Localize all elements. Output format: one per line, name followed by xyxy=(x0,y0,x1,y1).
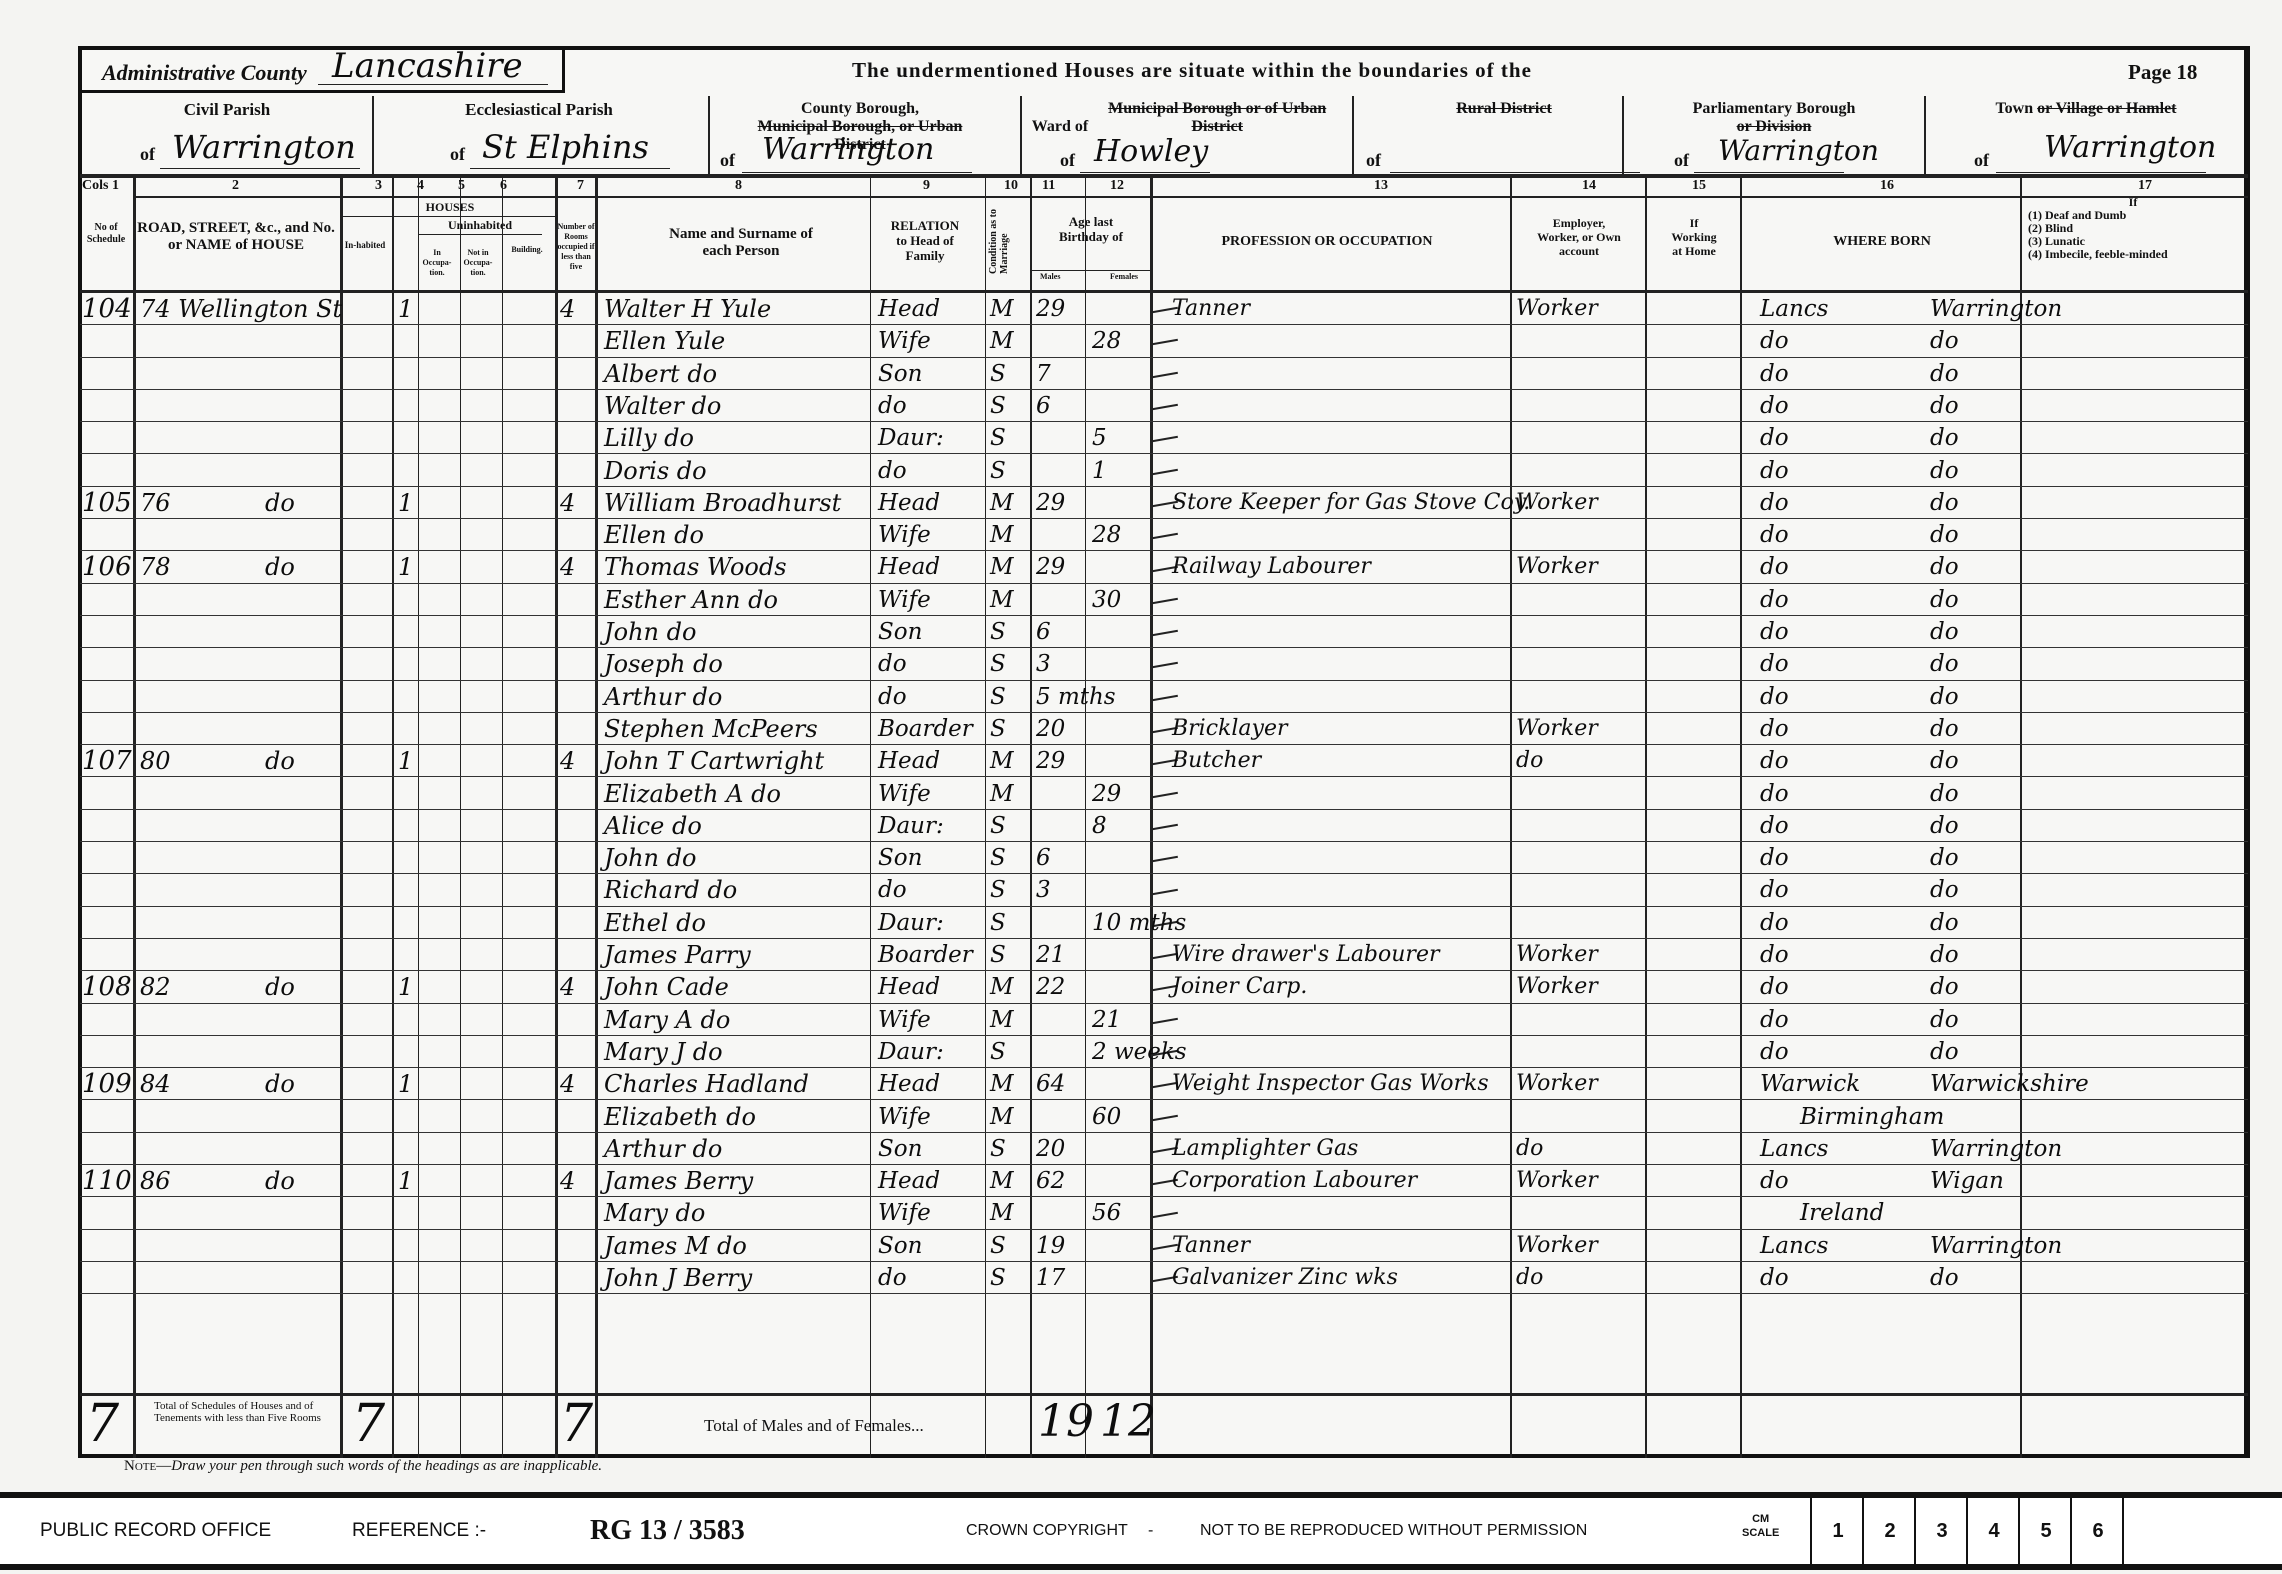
birthplace-town: do xyxy=(1930,874,1959,906)
marital-condition: M xyxy=(990,1165,1014,1197)
birthplace-town: do xyxy=(1930,422,1959,454)
inhabited-count: 1 xyxy=(398,551,413,583)
person-name: Stephen McPeers xyxy=(604,713,818,745)
rooms-count: 4 xyxy=(560,551,575,583)
table-row: 11086do14James BerryHeadM62Corporation L… xyxy=(0,1165,2282,1197)
footer-reference-label: REFERENCE :- xyxy=(352,1498,486,1564)
table-row: James M doSonS19TannerWorkerLancsWarring… xyxy=(0,1230,2282,1262)
person-name: Elizabeth do xyxy=(604,1101,756,1133)
inhabited-count: 1 xyxy=(398,293,413,325)
table-row: John J BerrydoS17Galvanizer Zinc wksdodo… xyxy=(0,1262,2282,1294)
male-age: 20 xyxy=(1036,713,1065,745)
relation: Head xyxy=(878,1165,940,1197)
occupation: Store Keeper for Gas Stove Coy. xyxy=(1172,487,1530,519)
rooms-count: 4 xyxy=(560,487,575,519)
employment-status: Worker xyxy=(1516,971,1598,1003)
female-age: 30 xyxy=(1092,584,1121,616)
person-name: Esther Ann do xyxy=(604,584,778,616)
birthplace-town: do xyxy=(1930,455,1959,487)
occupation-tick-mark xyxy=(1152,791,1178,797)
male-age: 3 xyxy=(1036,874,1051,906)
birthplace-town: do xyxy=(1930,842,1959,874)
county-borough-value: Warrington xyxy=(762,132,934,167)
relation: Head xyxy=(878,293,940,325)
relation: Wife xyxy=(878,325,931,357)
scale-box-4: 4 xyxy=(1966,1498,2020,1564)
rooms-count: 4 xyxy=(560,745,575,777)
census-table-body: 10474 Wellington St14Walter H YuleHeadM2… xyxy=(0,293,2282,1393)
birthplace-county: do xyxy=(1760,519,1789,551)
relation: Daur: xyxy=(878,1036,944,1068)
division-parliamentary-borough: Parliamentary Borough or Division of War… xyxy=(1624,96,1924,176)
occupation-tick-mark xyxy=(1152,1211,1178,1217)
address: 76 xyxy=(140,487,171,519)
person-name: Doris do xyxy=(604,455,707,487)
relation: Wife xyxy=(878,1101,931,1133)
birthplace-county: do xyxy=(1760,907,1789,939)
relation: Head xyxy=(878,1068,940,1100)
marital-condition: S xyxy=(990,1036,1006,1068)
birthplace-town: do xyxy=(1930,487,1959,519)
male-age: 3 xyxy=(1036,648,1051,680)
female-age: 8 xyxy=(1092,810,1107,842)
marital-condition: M xyxy=(990,778,1014,810)
marital-condition: S xyxy=(990,810,1006,842)
male-age: 62 xyxy=(1036,1165,1065,1197)
col-schedule-header: No of Schedule xyxy=(80,222,132,246)
person-name: James Parry xyxy=(604,939,751,971)
relation: Head xyxy=(878,551,940,583)
inhabited-count: 1 xyxy=(398,1165,413,1197)
relation: Head xyxy=(878,487,940,519)
person-name: James Berry xyxy=(604,1165,753,1197)
birthplace-town: do xyxy=(1930,713,1959,745)
male-age: 6 xyxy=(1036,616,1051,648)
relation: do xyxy=(878,874,907,906)
division-ward: Ward of Municipal Borough or of Urban Di… xyxy=(1022,96,1352,176)
table-row: Mary J doDaur:S2 weeksdodo xyxy=(0,1036,2282,1068)
table-row: Mary doWifeM56Ireland xyxy=(0,1197,2282,1229)
relation: Head xyxy=(878,745,940,777)
birthplace-county: do xyxy=(1760,422,1789,454)
relation: Son xyxy=(878,616,922,648)
birthplace-county: do xyxy=(1760,455,1789,487)
occupation: Corporation Labourer xyxy=(1172,1165,1417,1197)
occupation-tick-mark xyxy=(1152,404,1178,410)
ward-value: Howley xyxy=(1094,134,1208,169)
birthplace-town: do xyxy=(1930,358,1959,390)
occupation: Railway Labourer xyxy=(1172,551,1371,583)
address-ditto: do xyxy=(265,487,295,519)
birthplace-county: do xyxy=(1760,810,1789,842)
table-row: Alice doDaur:S8dodo xyxy=(0,810,2282,842)
address-ditto: do xyxy=(265,971,295,1003)
birthplace-county: do xyxy=(1760,1004,1789,1036)
person-name: Ellen do xyxy=(604,519,704,551)
total-males: 19 xyxy=(1038,1396,1094,1447)
person-name: Mary do xyxy=(604,1197,705,1229)
birthplace-county: Lancs xyxy=(1760,1133,1828,1165)
birthplace-town: do xyxy=(1930,1036,1959,1068)
parliamentary-borough-value: Warrington xyxy=(1718,134,1879,167)
schedule-number: 108 xyxy=(82,971,132,1003)
person-name: Mary A do xyxy=(604,1004,730,1036)
occupation: Tanner xyxy=(1172,1230,1250,1262)
birthplace-town: Warrington xyxy=(1930,1230,2062,1262)
civil-parish-value: Warrington xyxy=(172,128,356,166)
female-age: 10 mths xyxy=(1092,907,1186,939)
employment-status: Worker xyxy=(1516,1068,1598,1100)
address: 74 Wellington St xyxy=(140,293,342,325)
schedule-number: 110 xyxy=(82,1165,132,1197)
birthplace-town: Warrington xyxy=(1930,293,2062,325)
inhabited-count: 1 xyxy=(398,971,413,1003)
table-row: 10984do14Charles HadlandHeadM64Weight In… xyxy=(0,1068,2282,1100)
address: 82 xyxy=(140,971,171,1003)
birthplace-town: do xyxy=(1930,390,1959,422)
person-name: Lilly do xyxy=(604,422,694,454)
relation: Son xyxy=(878,1230,922,1262)
marital-condition: M xyxy=(990,551,1014,583)
birthplace-county: do xyxy=(1760,971,1789,1003)
table-row: 10474 Wellington St14Walter H YuleHeadM2… xyxy=(0,293,2282,325)
scale-box-3: 3 xyxy=(1914,1498,1968,1564)
table-row: Arthur doSonS20Lamplighter GasdoLancsWar… xyxy=(0,1133,2282,1165)
birthplace-county: do xyxy=(1760,584,1789,616)
rooms-count: 4 xyxy=(560,1068,575,1100)
person-name: John T Cartwright xyxy=(604,745,824,777)
relation: Wife xyxy=(878,778,931,810)
table-row: 10780do14John T CartwrightHeadM29Butcher… xyxy=(0,745,2282,777)
address-ditto: do xyxy=(265,1165,295,1197)
female-age: 56 xyxy=(1092,1197,1121,1229)
marital-condition: M xyxy=(990,1068,1014,1100)
birthplace-county: Lancs xyxy=(1760,1230,1828,1262)
person-name: Elizabeth A do xyxy=(604,778,781,810)
table-row: 10882do14John CadeHeadM22Joiner Carp.Wor… xyxy=(0,971,2282,1003)
total-rooms: 7 xyxy=(560,1394,593,1454)
address: 84 xyxy=(140,1068,171,1100)
male-age: 29 xyxy=(1036,293,1065,325)
scale-box-2: 2 xyxy=(1862,1498,1916,1564)
person-name: Ellen Yule xyxy=(604,325,725,357)
marital-condition: S xyxy=(990,713,1006,745)
birthplace-county: do xyxy=(1760,390,1789,422)
relation: do xyxy=(878,681,907,713)
marital-condition: S xyxy=(990,390,1006,422)
inhabited-count: 1 xyxy=(398,487,413,519)
marital-condition: S xyxy=(990,907,1006,939)
table-row: Albert doSonS7dodo xyxy=(0,358,2282,390)
ecclesiastical-parish-value: St Elphins xyxy=(482,128,649,166)
relation: Head xyxy=(878,971,940,1003)
marital-condition: S xyxy=(990,455,1006,487)
scale-box-end xyxy=(2122,1498,2184,1564)
town-value: Warrington xyxy=(2044,130,2216,165)
table-row: Richard dodoS3dodo xyxy=(0,874,2282,906)
total-persons-label: Total of Males and of Females... xyxy=(704,1416,924,1436)
birthplace-county: Lancs xyxy=(1760,293,1828,325)
person-name: Joseph do xyxy=(604,648,723,680)
total-schedules: 7 xyxy=(86,1394,119,1454)
relation: Daur: xyxy=(878,907,944,939)
occupation: Tanner xyxy=(1172,293,1250,325)
marital-condition: S xyxy=(990,842,1006,874)
marital-condition: S xyxy=(990,681,1006,713)
birthplace-town: do xyxy=(1930,648,1959,680)
relation: Son xyxy=(878,1133,922,1165)
rooms-count: 4 xyxy=(560,971,575,1003)
total-inhabited: 7 xyxy=(352,1394,385,1454)
marital-condition: S xyxy=(990,616,1006,648)
relation: Son xyxy=(878,358,922,390)
rooms-count: 4 xyxy=(560,293,575,325)
employment-status: do xyxy=(1516,745,1543,777)
schedule-number: 107 xyxy=(82,745,132,777)
birthplace-town: do xyxy=(1930,745,1959,777)
birthplace-county: do xyxy=(1760,778,1789,810)
occupation: Lamplighter Gas xyxy=(1172,1133,1358,1165)
marital-condition: M xyxy=(990,1101,1014,1133)
occupation-tick-mark xyxy=(1152,630,1178,636)
person-name: Richard do xyxy=(604,874,737,906)
total-schedules-label: Total of Schedules of Houses and of Tene… xyxy=(140,1400,330,1424)
marital-condition: S xyxy=(990,648,1006,680)
birthplace-county: do xyxy=(1760,616,1789,648)
birthplace-county: do xyxy=(1760,745,1789,777)
female-age: 2 weeks xyxy=(1092,1036,1187,1068)
col-condition-header: Condition as to Marriage xyxy=(988,204,1010,274)
male-age: 29 xyxy=(1036,487,1065,519)
birthplace-county: do xyxy=(1760,842,1789,874)
scale-box-5: 5 xyxy=(2018,1498,2072,1564)
person-name: John Cade xyxy=(604,971,729,1003)
birthplace-county: do xyxy=(1760,1165,1789,1197)
birthplace-county: do xyxy=(1760,648,1789,680)
birthplace-town: do xyxy=(1930,810,1959,842)
male-age: 5 mths xyxy=(1036,681,1116,713)
archive-footer: PUBLIC RECORD OFFICE REFERENCE :- RG 13 … xyxy=(0,1492,2282,1570)
address: 86 xyxy=(140,1165,171,1197)
total-females: 12 xyxy=(1100,1396,1156,1447)
table-row: Elizabeth A doWifeM29dodo xyxy=(0,778,2282,810)
marital-condition: S xyxy=(990,1230,1006,1262)
occupation-tick-mark xyxy=(1152,662,1178,668)
person-name: John J Berry xyxy=(604,1262,752,1294)
occupation: Wire drawer's Labourer xyxy=(1172,939,1439,971)
person-name: Arthur do xyxy=(604,1133,722,1165)
col-not-in-occupation-header: Not in Occupa-tion. xyxy=(458,248,498,278)
employment-status: Worker xyxy=(1516,487,1598,519)
table-row: Lilly doDaur:S5dodo xyxy=(0,422,2282,454)
schedule-number: 104 xyxy=(82,293,132,325)
birthplace-town: Warrington xyxy=(1930,1133,2062,1165)
person-name: Thomas Woods xyxy=(604,551,787,583)
female-age: 1 xyxy=(1092,455,1107,487)
occupation-tick-mark xyxy=(1152,888,1178,894)
col-age-header: Age last Birthday of xyxy=(1036,214,1146,244)
relation: Boarder xyxy=(878,939,973,971)
table-row: James ParryBoarderS21Wire drawer's Labou… xyxy=(0,939,2282,971)
male-age: 29 xyxy=(1036,745,1065,777)
male-age: 29 xyxy=(1036,551,1065,583)
schedule-number: 105 xyxy=(82,487,132,519)
occupation-tick-mark xyxy=(1152,694,1178,700)
person-name: James M do xyxy=(604,1230,747,1262)
birthplace-county: Warwick xyxy=(1760,1068,1860,1100)
birthplace-town: do xyxy=(1930,971,1959,1003)
col-name-header: Name and Surname of each Person xyxy=(616,226,866,260)
birthplace-county: do xyxy=(1760,939,1789,971)
totals-row: 7 Total of Schedules of Houses and of Te… xyxy=(80,1396,2248,1454)
marital-condition: S xyxy=(990,939,1006,971)
marital-condition: S xyxy=(990,422,1006,454)
division-rural-district: Rural District of xyxy=(1354,96,1654,176)
person-name: John do xyxy=(604,616,696,648)
birthplace-town: do xyxy=(1930,778,1959,810)
col-males-header: Males xyxy=(1040,272,1060,281)
male-age: 64 xyxy=(1036,1068,1065,1100)
birthplace-county: do xyxy=(1760,551,1789,583)
relation: do xyxy=(878,455,907,487)
person-name: Alice do xyxy=(604,810,702,842)
relation: do xyxy=(878,648,907,680)
male-age: 22 xyxy=(1036,971,1065,1003)
employment-status: Worker xyxy=(1516,551,1598,583)
relation: do xyxy=(878,1262,907,1294)
address-ditto: do xyxy=(265,745,295,777)
occupation-tick-mark xyxy=(1152,1017,1178,1023)
birthplace-town: do xyxy=(1930,519,1959,551)
page-number: Page 18 xyxy=(2128,60,2197,85)
marital-condition: M xyxy=(990,1197,1014,1229)
admin-county-box: Administrative County Lancashire xyxy=(82,50,565,93)
table-row: John doSonS6dodo xyxy=(0,842,2282,874)
occupation-tick-mark xyxy=(1152,1114,1178,1120)
col-working-at-home-header: If Working at Home xyxy=(1648,216,1740,258)
table-row: Ellen doWifeM28dodo xyxy=(0,519,2282,551)
table-row: Esther Ann doWifeM30dodo xyxy=(0,584,2282,616)
employment-status: do xyxy=(1516,1133,1543,1165)
birthplace-county: Ireland xyxy=(1800,1197,1884,1229)
occupation-tick-mark xyxy=(1152,824,1178,830)
relation: Daur: xyxy=(878,422,944,454)
birthplace-county: do xyxy=(1760,713,1789,745)
person-name: Walter do xyxy=(604,390,721,422)
note: Note—Draw your pen through such words of… xyxy=(124,1458,602,1475)
table-row: Doris dodoS1dodo xyxy=(0,455,2282,487)
table-row: 10576do14William BroadhurstHeadM29Store … xyxy=(0,487,2282,519)
footer-office: PUBLIC RECORD OFFICE xyxy=(40,1498,271,1564)
birthplace-town: do xyxy=(1930,325,1959,357)
birthplace-town: do xyxy=(1930,907,1959,939)
marital-condition: S xyxy=(990,1262,1006,1294)
occupation-tick-mark xyxy=(1152,436,1178,442)
occupation: Bricklayer xyxy=(1172,713,1288,745)
schedule-number: 106 xyxy=(82,551,132,583)
admin-county-label: Administrative County xyxy=(102,60,307,86)
inhabited-count: 1 xyxy=(398,1068,413,1100)
relation: do xyxy=(878,390,907,422)
occupation-tick-mark xyxy=(1152,533,1178,539)
occupation-tick-mark xyxy=(1152,598,1178,604)
marital-condition: S xyxy=(990,358,1006,390)
division-ecclesiastical-parish: Ecclesiastical Parish of St Elphins xyxy=(374,96,704,176)
occupation-tick-mark xyxy=(1152,468,1178,474)
birthplace-county: do xyxy=(1760,1262,1789,1294)
person-name: Albert do xyxy=(604,358,717,390)
male-age: 6 xyxy=(1036,842,1051,874)
person-name: Ethel do xyxy=(604,907,706,939)
birthplace-town: Warwickshire xyxy=(1930,1068,2089,1100)
address: 78 xyxy=(140,551,171,583)
marital-condition: M xyxy=(990,519,1014,551)
person-name: Mary J do xyxy=(604,1036,723,1068)
female-age: 60 xyxy=(1092,1101,1121,1133)
birthplace-town: do xyxy=(1930,1004,1959,1036)
birthplace-county: do xyxy=(1760,1036,1789,1068)
birthplace-county: do xyxy=(1760,681,1789,713)
male-age: 17 xyxy=(1036,1262,1065,1294)
table-row: 10678do14Thomas WoodsHeadM29Railway Labo… xyxy=(0,551,2282,583)
relation: Wife xyxy=(878,1004,931,1036)
female-age: 5 xyxy=(1092,422,1107,454)
marital-condition: S xyxy=(990,1133,1006,1165)
male-age: 19 xyxy=(1036,1230,1065,1262)
marital-condition: M xyxy=(990,971,1014,1003)
marital-condition: M xyxy=(990,487,1014,519)
address-ditto: do xyxy=(265,551,295,583)
table-row: Walter dodoS6dodo xyxy=(0,390,2282,422)
scale-box-6: 6 xyxy=(2070,1498,2124,1564)
marital-condition: M xyxy=(990,1004,1014,1036)
relation: Wife xyxy=(878,1197,931,1229)
table-row: Ellen YuleWifeM28dodo xyxy=(0,325,2282,357)
employment-status: Worker xyxy=(1516,713,1598,745)
col-occupation-header: PROFESSION OR OCCUPATION xyxy=(1152,234,1502,250)
birthplace-town: do xyxy=(1930,616,1959,648)
col-relation-header: RELATION to Head of Family xyxy=(870,218,980,263)
marital-condition: M xyxy=(990,325,1014,357)
scale-box-1: 1 xyxy=(1810,1498,1864,1564)
occupation: Butcher xyxy=(1172,745,1261,777)
column-header: Cols 1 2 3 4 5 6 7 8 9 10 11 12 13 14 15… xyxy=(80,178,2248,292)
employment-status: do xyxy=(1516,1262,1543,1294)
male-age: 21 xyxy=(1036,939,1065,971)
col-in-occupation-header: In Occupa-tion. xyxy=(418,248,456,278)
relation: Son xyxy=(878,842,922,874)
division-town: Town or Village or Hamlet of Warrington xyxy=(1926,96,2246,176)
col-employment-header: Employer, Worker, or Own account xyxy=(1512,216,1646,258)
birthplace-county: do xyxy=(1760,487,1789,519)
occupation: Weight Inspector Gas Works xyxy=(1172,1068,1489,1100)
birthplace-town: do xyxy=(1930,551,1959,583)
rooms-count: 4 xyxy=(560,1165,575,1197)
division-civil-parish: Civil Parish of Warrington xyxy=(82,96,372,176)
occupation-tick-mark xyxy=(1152,339,1178,345)
occupation-tick-mark xyxy=(1152,371,1178,377)
uninhabited-header: Uninhabited xyxy=(418,218,542,233)
address-ditto: do xyxy=(265,1068,295,1100)
person-name: William Broadhurst xyxy=(604,487,841,519)
col-rooms-header: Number of Rooms occupied if less than fi… xyxy=(556,222,596,272)
employment-status: Worker xyxy=(1516,939,1598,971)
marital-condition: M xyxy=(990,293,1014,325)
col-females-header: Females xyxy=(1110,272,1138,281)
col-where-born-header: WHERE BORN xyxy=(1744,234,2020,250)
female-age: 21 xyxy=(1092,1004,1121,1036)
birthplace-town: do xyxy=(1930,681,1959,713)
